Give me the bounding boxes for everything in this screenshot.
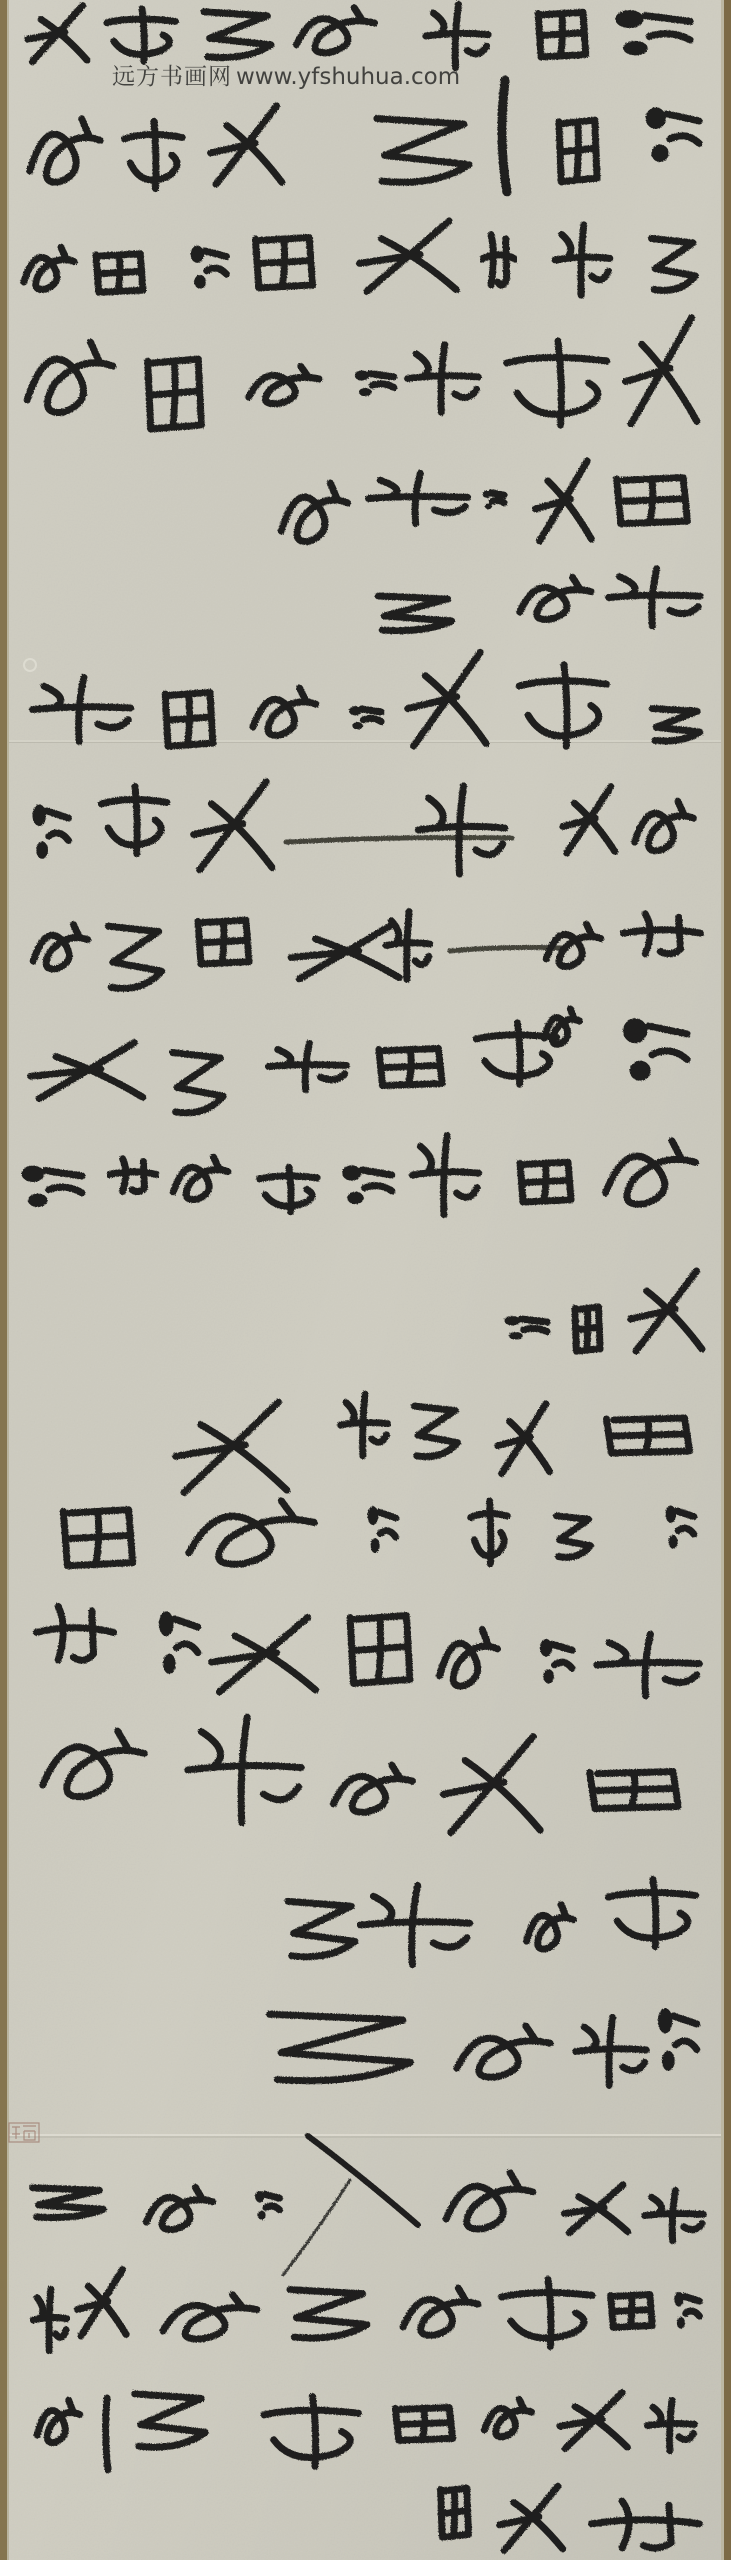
- mount-edge-right-highlight: [721, 0, 724, 2560]
- paper-shading: [0, 0, 731, 2560]
- calligraphy-scroll-image: 远方书画网www.yfshuhua.com collector seal imp…: [0, 0, 731, 2560]
- watermark-url: www.yfshuhua.com: [236, 64, 460, 90]
- scroll-artwork: [0, 0, 731, 2560]
- ink-vertical-stroke: [502, 80, 507, 192]
- watermark: 远方书画网www.yfshuhua.com: [112, 64, 460, 92]
- mount-edge-left: [0, 0, 7, 2560]
- watermark-site-name: 远方书画网: [112, 64, 232, 90]
- ink-vertical-stroke: [106, 2398, 108, 2470]
- mount-edge-left-highlight: [7, 0, 9, 2560]
- mount-edge-right: [724, 0, 731, 2560]
